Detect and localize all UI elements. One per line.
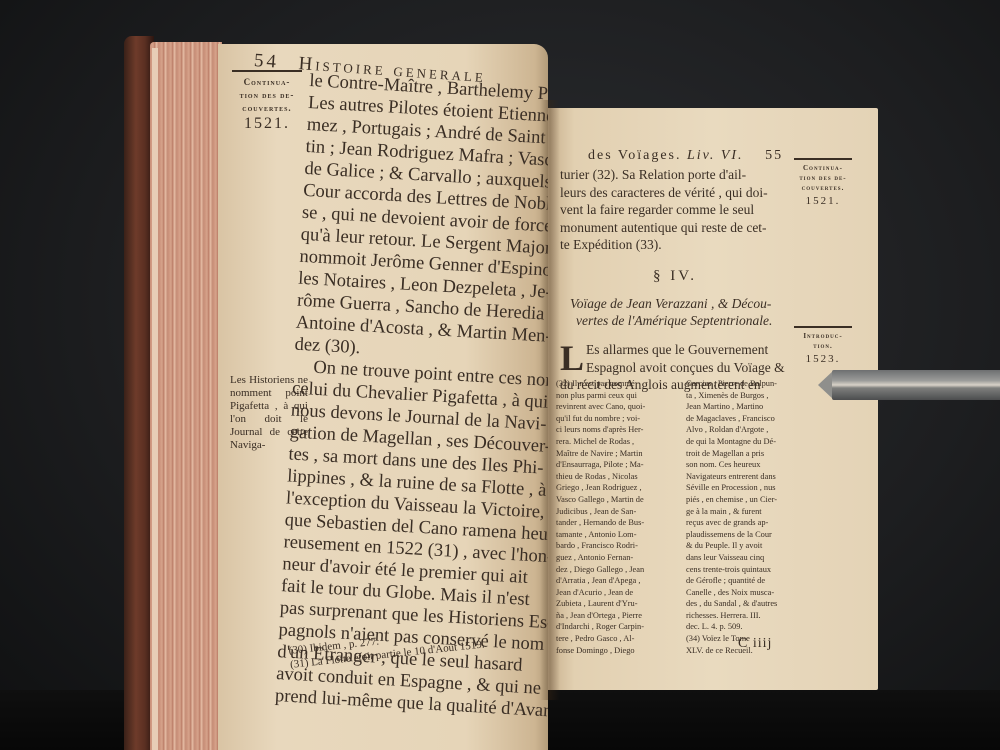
pointer-shaft	[832, 370, 1000, 400]
footnote-line: dec. L. 4. p. 509.	[686, 621, 810, 633]
right-margin-note-intro: Introduc- tion. 1523.	[794, 326, 852, 364]
right-running-book: Liv. VI.	[687, 148, 744, 163]
right-footnotes: (32) Il n'est pas nommé non plus parmi c…	[556, 378, 816, 656]
footnote-line: de Gérofle ; quantité de	[686, 575, 810, 587]
footnote-line: ta , Ximenès de Burgos ,	[686, 390, 810, 402]
margin-note-line: tion des de-	[232, 89, 302, 102]
footnote-line: tander , Hernando de Bus-	[556, 517, 680, 529]
footnote-line: thieu de Rodas , Nicolas	[556, 471, 680, 483]
margin-note-year: 1523.	[794, 354, 852, 364]
footnote-line: piés , en chemise , un Cier-	[686, 494, 810, 506]
footnote-line: guez , Antonio Fernan-	[556, 552, 680, 564]
section-title-line: vertes de l'Amérique Septentrionale.	[570, 312, 790, 329]
margin-rule	[232, 70, 302, 72]
red-page-edges	[150, 42, 222, 750]
right-body-text: turier (32). Sa Relation porte d'ail- le…	[560, 166, 790, 394]
footnote-column-2: Garcias , Pierre de Balpun- ta , Ximenès…	[686, 378, 810, 656]
text-line: leurs des caracteres de vérité , qui doi…	[560, 184, 790, 202]
footnote-line: Alvo , Roldan d'Argote ,	[686, 424, 810, 436]
right-running-title: des Voïages.	[588, 148, 681, 163]
footnote-line: cens trente-trois quintaux	[686, 564, 810, 576]
section-heading: § IV.	[560, 268, 790, 286]
footnote-line: de qui la Montagne du Dé-	[686, 436, 810, 448]
footnote-line: Canelle , des Noix musca-	[686, 587, 810, 599]
footnote-line: richesses. Herrera. III.	[686, 610, 810, 622]
footnote-line: des , du Sandal , & d'autres	[686, 598, 810, 610]
drop-cap: L	[560, 343, 584, 373]
section-title: Voïage de Jean Verazzani , & Décou- vert…	[570, 295, 790, 329]
footnote-line: rera. Michel de Rodas ,	[556, 436, 680, 448]
margin-note-year: 1521.	[232, 117, 302, 130]
footnote-line: bardo , Francisco Rodri-	[556, 540, 680, 552]
footnote-line: Vasco Gallego , Martin de	[556, 494, 680, 506]
footnote-line: Zubieta , Laurent d'Yru-	[556, 598, 680, 610]
margin-note-line: couvertes.	[232, 102, 302, 115]
text-line: Espagnol avoit conçues du Voïage &	[560, 359, 790, 377]
margin-note-line: Continua-	[232, 76, 302, 89]
right-margin-note-top: Continua- tion des de- couvertes. 1521.	[794, 158, 852, 206]
footnote-line: ci leurs noms d'après Her-	[556, 424, 680, 436]
footnote-line: son nom. Ces heureux	[686, 459, 810, 471]
footnote-line: (32) Il n'est pas nommé	[556, 378, 680, 390]
text-line: vent la faire regarder comme le seul	[560, 201, 790, 219]
margin-note-line: tion.	[794, 341, 852, 351]
metal-pointer	[818, 370, 1000, 400]
footnote-line: revinrent avec Cano, quoi-	[556, 401, 680, 413]
text-line: monument autentique qui reste de cet-	[560, 219, 790, 237]
margin-note-line: couvertes.	[794, 183, 852, 193]
margin-rule	[794, 326, 852, 328]
text-line: Es allarmes que le Gouvernement	[560, 341, 790, 359]
footnote-line: d'Ensaurraga, Pilote ; Ma-	[556, 459, 680, 471]
left-side-note: Les Historiens ne nomment point Pigafett…	[230, 374, 308, 452]
footnote-line: qu'il fut du nombre ; voi-	[556, 413, 680, 425]
right-running-head: des Voïages. Liv. VI. 55	[588, 148, 783, 164]
footnote-line: Maître de Navire ; Martin	[556, 448, 680, 460]
footnote-line: Garcias , Pierre de Balpun-	[686, 378, 810, 390]
margin-note-year: 1521.	[794, 196, 852, 206]
right-page-number: 55	[765, 148, 783, 163]
signature-mark: C iiij	[738, 636, 772, 652]
footnote-line: dans leur Vaisseau cinq	[686, 552, 810, 564]
footnote-line: dez , Diego Gallego , Jean	[556, 564, 680, 576]
footnote-line: fonse Domingo , Diego	[556, 645, 680, 657]
text-line: te Expédition (33).	[560, 236, 790, 254]
footnote-line: ge à la main , & furent	[686, 506, 810, 518]
margin-note-line: tion des de-	[794, 173, 852, 183]
footnote-line: Jean d'Acurio , Jean de	[556, 587, 680, 599]
footnote-line: d'Arratia , Jean d'Apega ,	[556, 575, 680, 587]
footnote-line: tamante , Antonio Lom-	[556, 529, 680, 541]
left-page: 54 Histoire generale Continua- tion des …	[218, 44, 548, 750]
footnote-line: troit de Magellan a pris	[686, 448, 810, 460]
footnote-line: tere , Pedro Gasco , Al-	[556, 633, 680, 645]
footnote-line: Séville en Procession , nus	[686, 482, 810, 494]
margin-note-line: Introduc-	[794, 331, 852, 341]
footnote-line: Navigateurs entrerent dans	[686, 471, 810, 483]
left-margin-note: Continua- tion des de- couvertes. 1521.	[232, 70, 302, 130]
section-title-line: Voïage de Jean Verazzani , & Décou-	[570, 295, 790, 312]
footnote-line: ña , Jean d'Ortega , Pierre	[556, 610, 680, 622]
footnote-line: reçus avec de grands ap-	[686, 517, 810, 529]
margin-rule	[794, 158, 852, 160]
text-line: turier (32). Sa Relation porte d'ail-	[560, 166, 790, 184]
footnote-line: Jean Martino , Martino	[686, 401, 810, 413]
footnote-line: non plus parmi ceux qui	[556, 390, 680, 402]
margin-note-line: Continua-	[794, 163, 852, 173]
footnote-line: Judicibus , Jean de San-	[556, 506, 680, 518]
footnote-column-1: (32) Il n'est pas nommé non plus parmi c…	[556, 378, 680, 656]
footnote-line: Griego , Jean Rodriguez ,	[556, 482, 680, 494]
page-edge-highlight	[152, 48, 158, 750]
footnote-line: & du Peuple. Il y avoit	[686, 540, 810, 552]
footnote-line: d'Indarchi , Roger Carpin-	[556, 621, 680, 633]
footnote-line: plaudissemens de la Cour	[686, 529, 810, 541]
gutter-shadow	[540, 100, 560, 700]
footnote-line: de Magaclaves , Francisco	[686, 413, 810, 425]
left-body-text: le Contre-Maître , Barthelemy Prior- Les…	[274, 70, 548, 723]
